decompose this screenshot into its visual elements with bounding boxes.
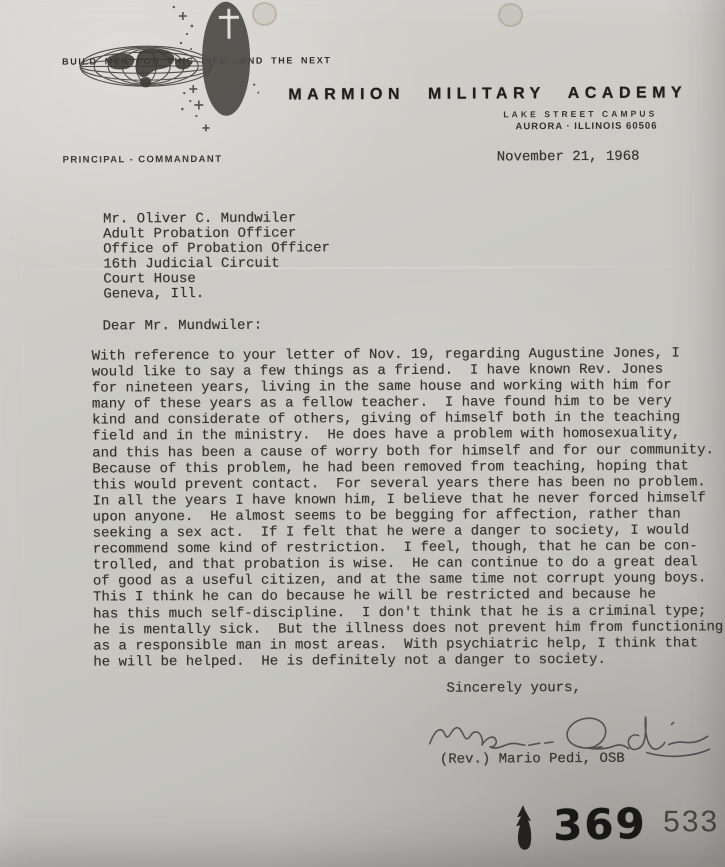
letter-content: BUILD MEN FOR THIS LIFE...AND THE NEXT — [0, 0, 725, 867]
campus-line: LAKE STREET CAMPUS — [503, 108, 657, 121]
city-line: AURORA · ILLINOIS 60506 — [503, 120, 657, 134]
scanned-letter-page: BUILD MEN FOR THIS LIFE...AND THE NEXT — [0, 0, 725, 867]
school-name: MARMION MILITARY ACADEMY — [288, 84, 687, 104]
salutation: Dear Mr. Mundwiler: — [102, 318, 262, 335]
school-logo — [48, 0, 329, 146]
stamp-number: 369 — [553, 799, 648, 850]
globe-continents — [107, 49, 191, 88]
typed-signature-name: (Rev.) Mario Pedi, OSB — [440, 751, 625, 768]
page-number: 533 — [663, 805, 719, 839]
cross-oval-icon — [202, 2, 251, 116]
campus-address-block: LAKE STREET CAMPUS AURORA · ILLINOIS 605… — [503, 108, 657, 134]
office-title: PRINCIPAL - COMMANDANT — [63, 154, 223, 166]
letter-body: With reference to your letter of Nov. 19… — [92, 345, 724, 670]
valediction: Sincerely yours, — [446, 680, 581, 697]
recipient-address: Mr. Oliver C. Mundwiler Adult Probation … — [103, 211, 330, 302]
stamp-mark-icon — [513, 804, 533, 852]
date-line: November 21, 1968 — [497, 149, 640, 166]
